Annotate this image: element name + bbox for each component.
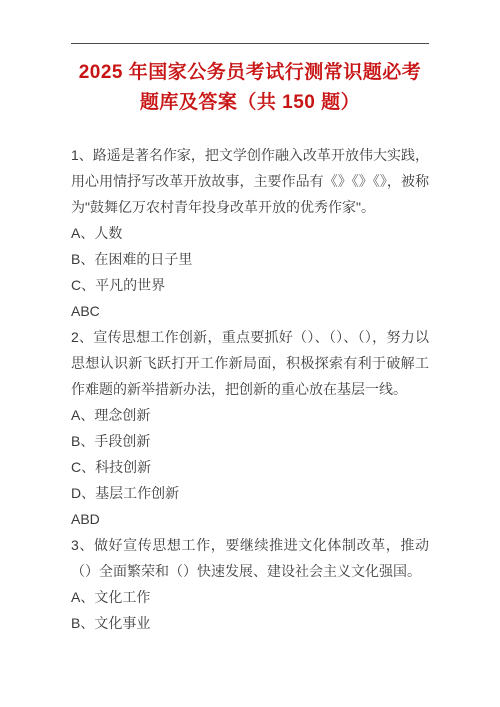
document-title: 2025 年国家公务员考试行测常识题必考题库及答案（共 150 题）: [71, 58, 429, 118]
question-stem: 2、宣传思想工作创新，重点要抓好（）、（）、（），努力以思想认识新飞跃打开工作新…: [71, 324, 429, 402]
answer-text: ABC: [71, 298, 429, 324]
page-content: 2025 年国家公务员考试行测常识题必考题库及答案（共 150 题） 1、路遥是…: [0, 43, 500, 636]
option-item: B、文化事业: [71, 610, 429, 636]
option-item: D、基层工作创新: [71, 480, 429, 506]
option-item: C、科技创新: [71, 454, 429, 480]
option-item: C、平凡的世界: [71, 272, 429, 298]
question-stem: 1、路遥是著名作家，把文学创作融入改革开放伟大实践，用心用情抒写改革开放故事，主…: [71, 142, 429, 220]
option-item: A、文化工作: [71, 584, 429, 610]
document-page: 2025 年国家公务员考试行测常识题必考题库及答案（共 150 题） 1、路遥是…: [0, 0, 500, 707]
question-block-2: 2、宣传思想工作创新，重点要抓好（）、（）、（），努力以思想认识新飞跃打开工作新…: [71, 324, 429, 532]
option-item: A、理念创新: [71, 402, 429, 428]
answer-text: ABD: [71, 506, 429, 532]
title-divider: [71, 43, 429, 44]
option-item: B、手段创新: [71, 428, 429, 454]
question-list: 1、路遥是著名作家，把文学创作融入改革开放伟大实践，用心用情抒写改革开放故事，主…: [71, 142, 429, 636]
option-item: B、在困难的日子里: [71, 246, 429, 272]
option-item: A、人数: [71, 220, 429, 246]
question-block-1: 1、路遥是著名作家，把文学创作融入改革开放伟大实践，用心用情抒写改革开放故事，主…: [71, 142, 429, 324]
question-stem: 3、做好宣传思想工作，要继续推进文化体制改革，推动（）全面繁荣和（）快速发展、建…: [71, 532, 429, 584]
question-block-3: 3、做好宣传思想工作，要继续推进文化体制改革，推动（）全面繁荣和（）快速发展、建…: [71, 532, 429, 636]
